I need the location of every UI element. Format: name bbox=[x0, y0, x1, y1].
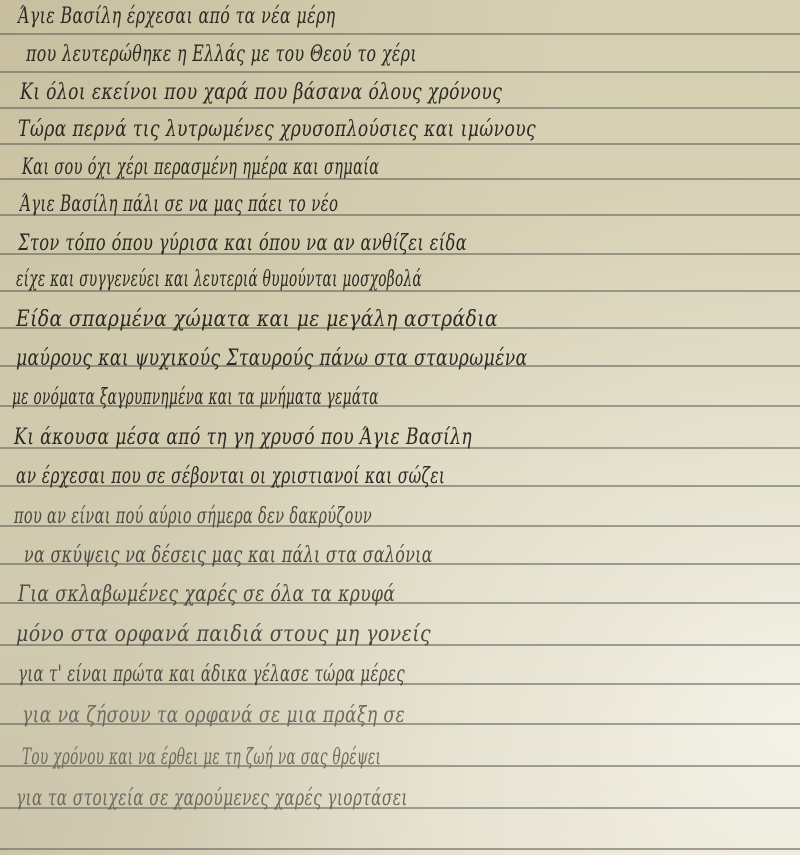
poem-line: να σκύψεις να δέσεις μας και πάλι στα σα… bbox=[24, 543, 433, 568]
poem-line: Κι άκουσα μέσα από τη γη χρυσό που Άγιε … bbox=[14, 425, 472, 450]
poem-line: Τώρα περνά τις λυτρωμένες χρυσοπλούσιες … bbox=[18, 117, 536, 142]
poem-line: για να ζήσουν τα ορφανά σε μια πράξη σε bbox=[22, 703, 405, 728]
poem-line: Άγιε Βασίλη πάλι σε να μας πάει το νέο bbox=[20, 192, 338, 217]
poem-line: Στον τόπο όπου γύρισα και όπου να αν ανθ… bbox=[18, 231, 467, 256]
poem-line: Και σου όχι χέρι περασμένη ημέρα και σημ… bbox=[22, 155, 379, 180]
ruled-line bbox=[0, 33, 800, 35]
poem-line: Για σκλαβωμένες χαρές σε όλα τα κρυφά bbox=[18, 582, 395, 607]
poem-line faint: αν έρχεσαι που σε σέβονται οι χριστιανοί… bbox=[16, 464, 445, 489]
poem-line: που λευτερώθηκε η Ελλάς με του Θεού το χ… bbox=[26, 42, 417, 67]
poem-line: Του χρόνου και να έρθει με τη ζωή να σας… bbox=[22, 745, 381, 770]
poem-line: μαύρους και ψυχικούς Σταυρούς πάνω στα σ… bbox=[16, 346, 528, 371]
poem-line: Είδα σπαρμένα χώματα και με μεγάλη αστρά… bbox=[16, 307, 498, 332]
notebook-page: Άγιε Βασίλη έρχεσαι από τα νέα μέρη που … bbox=[0, 0, 800, 855]
poem-line: μόνο στα ορφανά παιδιά στους μη γονείς bbox=[16, 622, 431, 647]
poem-line: για τα στοιχεία σε χαρούμενες χαρές γιορ… bbox=[16, 786, 408, 811]
poem-line: που αν είναι πού αύριο σήμερα δεν δακρύζ… bbox=[14, 504, 372, 529]
poem-line: Άγιε Βασίλη έρχεσαι από τα νέα μέρη bbox=[18, 4, 335, 29]
ruled-line bbox=[0, 848, 800, 850]
ruled-line bbox=[0, 143, 800, 145]
ruled-line bbox=[0, 71, 800, 73]
poem-line: για τ' είναι πρώτα και άδικα γέλασε τώρα… bbox=[18, 662, 405, 687]
ruled-line bbox=[0, 107, 800, 109]
poem-line: με ονόματα ξαγρυπνημένα και τα μνήματα γ… bbox=[12, 385, 379, 410]
poem-line: Κι όλοι εκείνοι που χαρά που βάσανα όλου… bbox=[20, 80, 502, 105]
poem-line: είχε και συγγενεύει και λευτεριά θυμούντ… bbox=[16, 267, 422, 292]
